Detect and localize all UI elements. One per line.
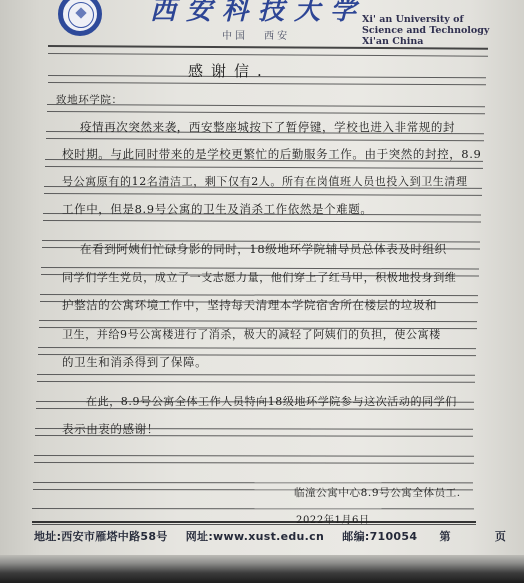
ruled-line xyxy=(37,374,475,376)
ruled-line xyxy=(33,482,473,483)
footer-page-suffix: 页 xyxy=(495,530,506,543)
photo-background-shadow xyxy=(0,555,524,583)
footer-address: 地址:西安市雁塔中路58号 xyxy=(34,530,168,543)
ruled-line xyxy=(44,193,482,196)
ruled-line xyxy=(48,82,486,85)
footer-rule xyxy=(32,524,476,525)
letter-line: 的卫生和消杀得到了保障。 xyxy=(62,354,207,370)
letter-line: 在看到阿姨们忙碌身影的同时，18级地环学院辅导员总体表及时组织 xyxy=(80,241,447,257)
university-name-en-line: Science and Technology xyxy=(362,25,489,36)
letter-line: 在此，8.9号公寓全体工作人员特向18级地环学院参与这次活动的同学们 xyxy=(86,393,457,409)
ruled-line xyxy=(34,462,474,464)
letterhead-footer: 地址:西安市雁塔中路58号 网址:www.xust.edu.cn 邮编:7100… xyxy=(34,528,520,544)
university-seal-icon xyxy=(58,0,102,36)
ruled-line xyxy=(38,347,476,349)
seal-inner-ring xyxy=(68,2,94,28)
seal-emblem-icon xyxy=(75,7,86,18)
letter-line: 工作中，但是8.9号公寓的卫生及消杀工作依然是个难题。 xyxy=(62,201,373,217)
ruled-line xyxy=(32,508,474,509)
footer-website: 网址:www.xust.edu.cn xyxy=(186,530,324,543)
ruled-line xyxy=(46,138,484,141)
letter-line: 表示由衷的感谢！ xyxy=(62,421,159,437)
university-name-en: Xi' an University of Science and Technol… xyxy=(362,14,489,47)
ruled-line xyxy=(40,294,478,296)
letter-date: 2022年1月6日 xyxy=(296,511,370,526)
header-rule xyxy=(48,53,488,57)
letter-line: 疫情再次突然来袭，西安整座城按下了暂停键，学校也进入非常规的封 xyxy=(80,119,455,135)
ruled-line xyxy=(34,455,474,457)
letter-line: 护整洁的公寓环境工作中，坚持每天清理本学院宿舍所在楼层的垃圾和 xyxy=(62,297,437,313)
ruled-line xyxy=(47,111,485,114)
letter-line: 卫生，并给9号公寓楼进行了消杀，极大的减轻了阿姨们的负担，使公寓楼 xyxy=(62,326,441,342)
letter-line: 号公寓原有的12名清洁工，剩下仅有2人。所有在岗值班人员也投入到卫生清理 xyxy=(62,173,468,189)
footer-rule xyxy=(32,521,476,523)
university-name-cn: 西安科技大学 xyxy=(150,0,366,27)
location-cn: 中国 西安 xyxy=(222,27,290,42)
ruled-line xyxy=(37,381,475,383)
university-name-en-line: Xi'an China xyxy=(362,36,489,47)
footer-page-prefix: 第 xyxy=(439,530,450,543)
ruled-line xyxy=(45,166,483,169)
letter-title: 感谢信. xyxy=(188,60,270,81)
letter-salutation: 致地环学院： xyxy=(56,92,123,107)
letter-paper: 西安科技大学 中国 西安 Xi' an University of Scienc… xyxy=(0,0,524,560)
ruled-line xyxy=(39,320,477,322)
footer-postcode: 邮编:710054 xyxy=(342,530,417,543)
letter-signature: 临潼公寓中心8.9号公寓全体员工. xyxy=(294,485,461,500)
letter-line: 校时期。与此同时带来的是学校更繁忙的后勤服务工作。由于突然的封控，8.9 xyxy=(62,146,481,162)
letter-line: 同学们学生党员，成立了一支志愿力量，他们穿上了红马甲，积极地投身到维 xyxy=(62,269,456,285)
university-name-en-line: Xi' an University of xyxy=(362,14,489,25)
ruled-line xyxy=(43,220,481,223)
